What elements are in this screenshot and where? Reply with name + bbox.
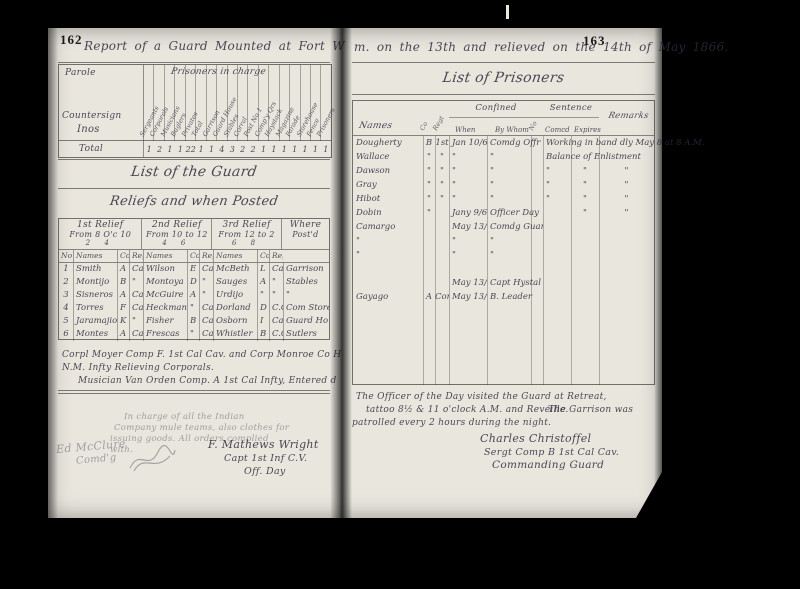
prisoner-row: Hibot " " " " " " ": [353, 192, 654, 206]
prisoner-sentence-expires: [571, 136, 599, 150]
prisoner-co: [423, 276, 435, 290]
prisoner-confined-when: May 13/66: [449, 290, 487, 304]
roster-column-header: Names: [213, 250, 257, 262]
relief-title: 1st Relief: [59, 220, 141, 230]
roster-co-1: A: [117, 328, 129, 341]
roster-name-1: Jaramajio: [73, 315, 117, 328]
roster-co-3: A: [257, 276, 269, 289]
page-corner-shadow: [636, 472, 662, 518]
prisoner-co: [423, 234, 435, 248]
total-value: 1: [144, 145, 154, 154]
prisoner-sentence-commenced: ": [543, 164, 571, 178]
roster-regt-3: ": [269, 289, 283, 302]
column-line: [423, 136, 424, 385]
roster-co-3: D: [257, 302, 269, 315]
prisoner-name: Hibot: [353, 192, 423, 206]
section-heading-prisoners: List of Prisoners: [351, 70, 656, 86]
detail-columns: Sergeants Corporals Musicians Buglers Pr…: [144, 65, 331, 141]
prisoner-remarks: [599, 248, 654, 262]
prisoner-name: ": [353, 234, 423, 248]
page-edge-right: [654, 28, 662, 518]
prisoner-sentence-commenced: [543, 248, 571, 262]
roster-where-posted: Com Store: [283, 302, 329, 315]
prisoner-sentence-commenced: Balance of Enlistment: [543, 150, 571, 164]
pencil-note-line: In charge of all the Indian: [124, 412, 245, 423]
column-line: [435, 136, 436, 385]
countersign-value: Inos: [77, 124, 100, 135]
parole-label: Parole: [65, 68, 96, 78]
prisoner-sentence-commenced: ": [543, 178, 571, 192]
roster-where-posted: Stables: [283, 276, 329, 289]
relief-group-2: 2nd Relief From 10 to 12 4 6: [141, 219, 211, 249]
rule: [352, 94, 655, 95]
roster-co-1: F: [117, 302, 129, 315]
where-posted-column-header: Where Post'd: [281, 219, 329, 249]
prisoner-confined-when: ": [449, 164, 487, 178]
total-value: 1: [196, 145, 206, 154]
prisoner-name: Gray: [353, 178, 423, 192]
prisoner-co: [423, 220, 435, 234]
column-line: [449, 136, 450, 385]
remarks-header: Remarks: [600, 111, 657, 121]
roster-co-1: A: [117, 289, 129, 302]
roster-name-3: Osborn: [213, 315, 257, 328]
report-title-right: m. on the 13th and relieved on the 14th …: [354, 40, 729, 54]
prisoner-name: Dawson: [353, 164, 423, 178]
roster-regt-1: Cal: [129, 302, 143, 315]
relief-group-3: 3rd Relief From 12 to 2 6 8: [211, 219, 281, 249]
prisoner-remarks: [599, 290, 654, 304]
prisoner-confined-when: ": [449, 178, 487, 192]
relief-time: From 12 to 2: [212, 230, 281, 239]
rule: [58, 188, 330, 189]
prisoner-row: Dawson " " " " " " ": [353, 164, 654, 178]
where-sub: Post'd: [282, 230, 329, 239]
prisoner-sentence-commenced: ": [543, 192, 571, 206]
prisoner-remarks: ": [599, 192, 654, 206]
scanned-ledger-view: 162 Report of a Guard Mounted at Fort W …: [0, 0, 800, 589]
prisoner-sentence-expires: [571, 290, 599, 304]
roster-regt-2: Cal: [199, 302, 213, 315]
prisoner-rows: Dougherty B 1st Jan 10/66 Comdg Offr Wor…: [353, 136, 654, 304]
prisoner-name: Gayago: [353, 290, 423, 304]
prisoner-confined-by: ": [487, 248, 543, 262]
prisoner-regt: ": [435, 192, 449, 206]
pencil-note-line: Company mule teams, also clothes for: [114, 423, 289, 434]
prisoner-remarks: ": [599, 178, 654, 192]
relief-group-1: 1st Relief From 8 O'c 10 2 4: [59, 219, 141, 249]
prisoner-sentence-expires: [571, 150, 599, 164]
total-value: 1: [165, 145, 175, 154]
roster-no: 4: [59, 302, 73, 315]
total-value: 3: [227, 145, 237, 154]
roster-row: 6 Montes A Cavy Frescas " Cal Whistler B…: [59, 328, 329, 341]
prisoner-regt: [435, 220, 449, 234]
countersign-label: Countersign: [62, 111, 122, 121]
prisoner-sentence-expires: [571, 220, 599, 234]
prisoner-co: ": [423, 206, 435, 220]
prisoner-regt: ": [435, 178, 449, 192]
roster-regt-3: Cavy: [269, 263, 283, 276]
prisoner-confined-by: B. Leader: [487, 290, 543, 304]
prisoner-sentence-commenced: [543, 206, 571, 220]
roster-co-2: D: [187, 276, 199, 289]
corporals-note-line: N.M. Infty Relieving Corporals.: [62, 362, 214, 375]
prisoner-remarks: [599, 150, 654, 164]
roster-name-1: Montijo: [73, 276, 117, 289]
names-header: Names: [358, 121, 393, 131]
guard-note-line: tattoo 8½ & 11 o'clock A.M. and Reveille…: [366, 404, 569, 417]
rule: [352, 62, 655, 63]
roster-regt-1: Cav: [129, 289, 143, 302]
total-value: 1: [258, 145, 268, 154]
prisoner-regt: [435, 234, 449, 248]
roster-name-1: Smith: [73, 263, 117, 276]
prisoners-table: Names Co Regt Confined When By Whom No S…: [352, 100, 655, 385]
prisoner-confined-when: ": [449, 234, 487, 248]
prisoner-co: [423, 248, 435, 262]
roster-column-header: Co: [117, 250, 129, 262]
rule: [58, 390, 330, 391]
prisoner-regt: [435, 206, 449, 220]
roster-where-posted: Guard Ho: [283, 315, 329, 328]
roster-column-header: Co: [257, 250, 269, 262]
prisoner-row: " " ": [353, 234, 654, 248]
roster-regt-3: C.C.: [269, 302, 283, 315]
prisoner-name: Camargo: [353, 220, 423, 234]
roster-name-2: McGuire: [143, 289, 187, 302]
roster-column-header: No: [59, 250, 73, 262]
total-value: 22: [186, 145, 196, 154]
officer-signature-rank: Capt 1st Inf C.V.: [224, 452, 307, 465]
roster-name-1: Sisneros: [73, 289, 117, 302]
prisoner-sentence-commenced: [543, 262, 571, 276]
total-value: 1: [175, 145, 185, 154]
roster-name-2: Heckman: [143, 302, 187, 315]
roster-regt-3: Calif: [269, 315, 283, 328]
total-values: 1211221143221111111: [144, 141, 331, 157]
prisoner-confined-by: ": [487, 150, 543, 164]
prisoner-sentence-expires: ": [571, 164, 599, 178]
expires-header: Expires: [574, 126, 601, 134]
relief-time: From 8 O'c 10: [59, 230, 141, 239]
prisoner-sentence-expires: [571, 234, 599, 248]
roster-regt-1: Cavy: [129, 263, 143, 276]
prisoner-co: B: [423, 136, 435, 150]
column-line: [487, 136, 488, 385]
relief-title: 3rd Relief: [212, 220, 281, 230]
prisoner-name: Wallace: [353, 150, 423, 164]
prisoner-sentence-commenced: [543, 234, 571, 248]
prisoner-confined-by: Officer Day: [487, 206, 543, 220]
prisoner-sentence-commenced: [543, 220, 571, 234]
detail-total-row: Total 1211221143221111111: [59, 140, 331, 157]
total-value: 1: [279, 145, 289, 154]
rule: [58, 393, 330, 394]
prisoner-co: ": [423, 150, 435, 164]
roster-name-1: Montes: [73, 328, 117, 341]
book-gutter: [330, 28, 352, 518]
column-line: [599, 136, 600, 385]
prisoner-confined-when: May 13/66: [449, 220, 487, 234]
roster-name-2: Wilson: [143, 263, 187, 276]
total-value: 2: [154, 145, 164, 154]
prisoner-sentence-commenced: Working in band dly May 8 at 8 A.M.: [543, 136, 571, 150]
roster-co-3: ": [257, 289, 269, 302]
prisoner-confined-when: Jan 10/66: [449, 136, 487, 150]
roster-name-2: Frescas: [143, 328, 187, 341]
total-value: 1: [300, 145, 310, 154]
prisoner-remarks: [599, 136, 654, 150]
pencil-signature-role: Comd'g: [76, 452, 117, 466]
scan-artifact-mark: [506, 5, 509, 19]
roster-column-header: Names: [73, 250, 117, 262]
roster-co-2: A: [187, 289, 199, 302]
guard-signature-role: Commanding Guard: [492, 459, 604, 472]
prisoner-row: Dobin " Jany 9/66 Officer Day " ": [353, 206, 654, 220]
roster-column-header: Names: [143, 250, 187, 262]
prisoner-regt: [435, 276, 449, 290]
roster-name-3: Urdijo: [213, 289, 257, 302]
guard-detail-table: Parole Countersign Inos Prisoners in cha…: [58, 64, 332, 158]
prisoner-sentence-expires: ": [571, 206, 599, 220]
roster-co-2: B: [187, 315, 199, 328]
roster-row: 3 Sisneros A Cav McGuire A " Urdijo " " …: [59, 289, 329, 302]
prisoner-remarks: ": [599, 164, 654, 178]
prisoners-table-header: Names Co Regt Confined When By Whom No S…: [353, 101, 654, 136]
roster-regt-3: C.C.: [269, 328, 283, 341]
roster-row: 1 Smith A Cavy Wilson E Cavy McBeth L Ca…: [59, 263, 329, 276]
prisoner-row: Gayago A Comp May 13/66 B. Leader: [353, 290, 654, 304]
roster-co-1: A: [117, 263, 129, 276]
report-title-left: Report of a Guard Mounted at Fort W: [84, 39, 345, 53]
total-value: 1: [289, 145, 299, 154]
regt-header: Regt: [431, 115, 446, 132]
guard-note-line: patrolled every 2 hours during the night…: [352, 417, 551, 430]
roster-column-headers: NoNamesCoRegtNamesCoRegtNamesCoRegt: [59, 250, 329, 263]
prisoner-confined-by: ": [487, 178, 543, 192]
roster-where-posted: ": [283, 289, 329, 302]
roster-column-header: Co: [187, 250, 199, 262]
prisoner-remarks: ": [599, 206, 654, 220]
prisoner-row: Dougherty B 1st Jan 10/66 Comdg Offr Wor…: [353, 136, 654, 150]
roster-no: 1: [59, 263, 73, 276]
total-value: 2: [248, 145, 258, 154]
roster-co-3: B: [257, 328, 269, 341]
roster-no: 6: [59, 328, 73, 341]
roster-co-2: ": [187, 328, 199, 341]
total-value: 1: [206, 145, 216, 154]
prisoner-confined-by: Capt Hystal: [487, 276, 543, 290]
column-line: [543, 136, 544, 385]
roster-co-2: E: [187, 263, 199, 276]
officer-signature-role: Off. Day: [244, 465, 286, 478]
pen-flourish: [126, 444, 178, 474]
prisoner-remarks: [599, 276, 654, 290]
prisoner-name: Dougherty: [353, 136, 423, 150]
prisoner-sentence-commenced: [543, 290, 571, 304]
prisoner-sentence-expires: [571, 262, 599, 276]
prisoner-name: [353, 262, 423, 276]
prisoner-co: ": [423, 164, 435, 178]
prisoner-co: [423, 262, 435, 276]
confined-header: Confined: [449, 103, 543, 113]
roster-name-3: Dorland: [213, 302, 257, 315]
roster-regt-1: ": [129, 315, 143, 328]
relief-time: From 10 to 12: [142, 230, 211, 239]
prisoner-sentence-commenced: [543, 276, 571, 290]
roster-rows: 1 Smith A Cavy Wilson E Cavy McBeth L Ca…: [59, 263, 329, 341]
total-label: Total: [59, 144, 144, 154]
total-value: 1: [310, 145, 320, 154]
roster-row: 5 Jaramajio K " Fisher B Calif Osborn I …: [59, 315, 329, 328]
prisoner-regt: Comp: [435, 290, 449, 304]
prisoner-row: Gray " " " " " " ": [353, 178, 654, 192]
prisoner-sentence-expires: [571, 248, 599, 262]
prisoner-regt: [435, 262, 449, 276]
prisoner-confined-by: ": [487, 234, 543, 248]
total-value: 1: [269, 145, 279, 154]
section-heading-reliefs: Reliefs and when Posted: [57, 194, 331, 209]
roster-row: 4 Torres F Cal Heckman " Cal Dorland D C…: [59, 302, 329, 315]
roster-no: 3: [59, 289, 73, 302]
prisoner-remarks: [599, 234, 654, 248]
roster-name-3: Whistler: [213, 328, 257, 341]
roster-co-2: ": [187, 302, 199, 315]
rule: [58, 62, 330, 63]
prisoner-co: A: [423, 290, 435, 304]
total-value: 2: [238, 145, 248, 154]
roster-no: 5: [59, 315, 73, 328]
corporals-note-line: Musician Van Orden Comp. A 1st Cal Infty…: [78, 375, 337, 388]
guard-note-line: The Garrison was: [548, 404, 633, 417]
header-subrule: [543, 117, 599, 118]
prisoner-confined-by: Comdg Guard: [487, 220, 543, 234]
prisoner-confined-by: [487, 262, 543, 276]
prisoner-co: ": [423, 178, 435, 192]
roster-regt-2: ": [199, 289, 213, 302]
roster-column-header: Regt: [129, 250, 143, 262]
by-whom-header: By Whom: [495, 126, 529, 134]
guard-signature-rank: Sergt Comp B 1st Cal Cav.: [484, 446, 619, 459]
prisoner-confined-when: [449, 262, 487, 276]
relief-hours: 2 4: [59, 239, 141, 247]
prisoner-remarks: [599, 262, 654, 276]
ledger-spread: 162 Report of a Guard Mounted at Fort W …: [48, 28, 662, 518]
relief-hours: 6 8: [212, 239, 281, 247]
prisoner-row: Wallace " " " " Balance of Enlistment: [353, 150, 654, 164]
prisoner-row: Camargo May 13/66 Comdg Guard: [353, 220, 654, 234]
officer-signature-name: F. Mathews Wright: [208, 438, 319, 451]
roster-regt-2: Cal: [199, 328, 213, 341]
page-number-left: 162: [60, 32, 83, 48]
prisoners-table-body: Dougherty B 1st Jan 10/66 Comdg Offr Wor…: [353, 136, 654, 385]
prisoner-confined-when: Jany 9/66: [449, 206, 487, 220]
roster-name-1: Torres: [73, 302, 117, 315]
prisoner-confined-by: ": [487, 164, 543, 178]
roster-co-1: B: [117, 276, 129, 289]
roster-co-3: L: [257, 263, 269, 276]
prisoner-confined-when: ": [449, 192, 487, 206]
corporals-note-line: Corpl Moyer Comp F. 1st Cal Cav. and Cor…: [62, 349, 341, 362]
prisoner-confined-by: Comdg Offr: [487, 136, 543, 150]
column-line: [571, 136, 572, 385]
prisoner-name: ": [353, 248, 423, 262]
roster-column-header: Regt: [199, 250, 213, 262]
prisoner-confined-when: May 13/66: [449, 276, 487, 290]
roster-where-posted: Sutlers: [283, 328, 329, 341]
roster-column-header: Regt: [269, 250, 283, 262]
header-subrule: [449, 117, 543, 118]
relief-groups: 1st Relief From 8 O'c 10 2 4 2nd Relief …: [59, 219, 329, 250]
where-title: Where: [282, 220, 329, 230]
roster-co-1: K: [117, 315, 129, 328]
roster-name-2: Fisher: [143, 315, 187, 328]
sentence-header: Sentence: [543, 103, 599, 113]
roster-regt-1: ": [129, 276, 143, 289]
prisoner-remarks: [599, 220, 654, 234]
prisoner-confined-by: ": [487, 192, 543, 206]
roster-regt-3: ": [269, 276, 283, 289]
roster-where-posted: Garrison: [283, 263, 329, 276]
total-value: 4: [217, 145, 227, 154]
prisoner-regt: ": [435, 164, 449, 178]
relief-title: 2nd Relief: [142, 220, 211, 230]
roster-regt-1: Cavy: [129, 328, 143, 341]
rule: [58, 159, 330, 160]
roster-name-2: Montoya: [143, 276, 187, 289]
prisoner-name: Dobin: [353, 206, 423, 220]
prisoner-regt: 1st: [435, 136, 449, 150]
prisoner-confined-when: ": [449, 248, 487, 262]
prisoner-row: " " ": [353, 248, 654, 262]
prisoner-regt: [435, 248, 449, 262]
guard-note-line: The Officer of the Day visited the Guard…: [356, 391, 607, 404]
roster-regt-2: Cavy: [199, 263, 213, 276]
prisoner-sentence-expires: ": [571, 178, 599, 192]
roster-co-3: I: [257, 315, 269, 328]
prisoner-sentence-expires: [571, 276, 599, 290]
guard-signature-name: Charles Christoffel: [480, 432, 591, 445]
section-heading-guard: List of the Guard: [57, 164, 331, 180]
relief-roster-table: 1st Relief From 8 O'c 10 2 4 2nd Relief …: [58, 218, 330, 340]
when-header: When: [455, 126, 475, 134]
roster-name-3: McBeth: [213, 263, 257, 276]
prisoner-confined-when: ": [449, 150, 487, 164]
relief-hours: 4 6: [142, 239, 211, 247]
roster-no: 2: [59, 276, 73, 289]
prisoner-name: [353, 276, 423, 290]
prisoner-row: May 13/66 Capt Hystal: [353, 276, 654, 290]
roster-row: 2 Montijo B " Montoya D " Sauges A " Sta…: [59, 276, 329, 289]
roster-regt-2: Calif: [199, 315, 213, 328]
commenced-header: Comcd: [545, 126, 570, 134]
column-line: [531, 136, 532, 385]
prisoner-co: ": [423, 192, 435, 206]
roster-name-3: Sauges: [213, 276, 257, 289]
prisoner-sentence-expires: ": [571, 192, 599, 206]
roster-regt-2: ": [199, 276, 213, 289]
co-header: Co: [418, 120, 429, 132]
prisoner-regt: ": [435, 150, 449, 164]
prisoner-row: [353, 262, 654, 276]
